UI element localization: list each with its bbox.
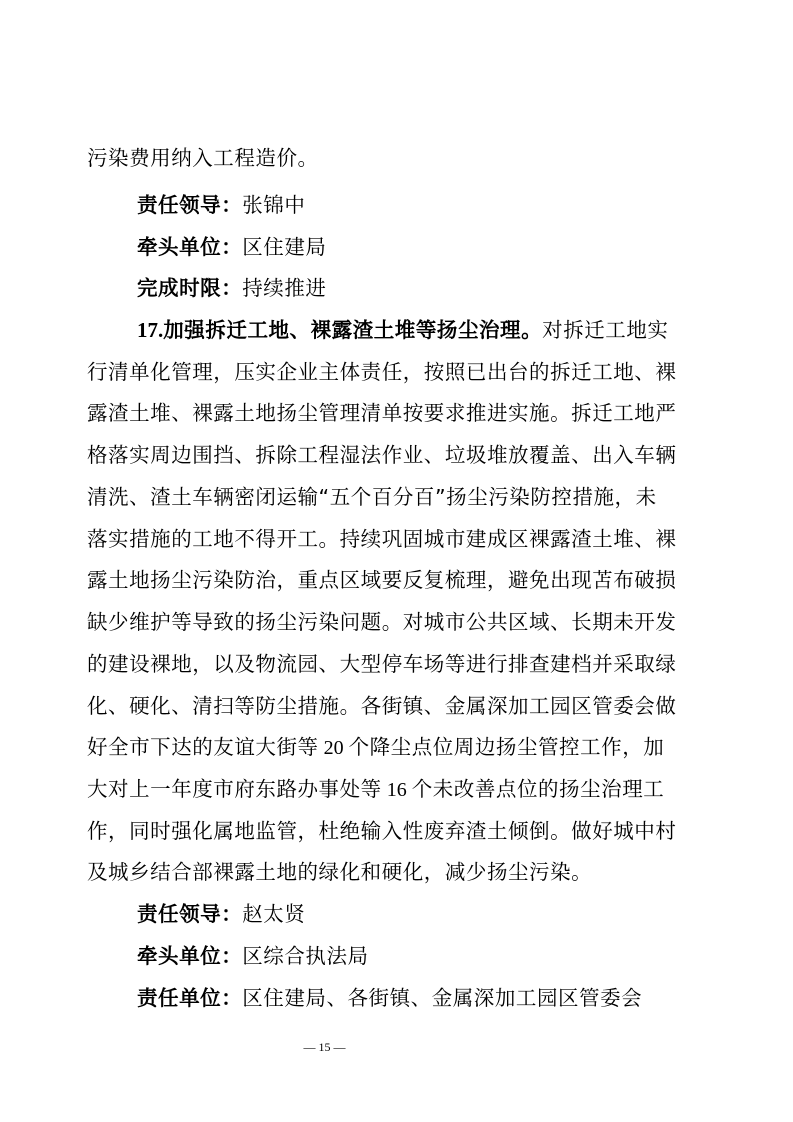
meta-responsible-leader: 责任领导：张锦中: [137, 184, 305, 226]
meta-label: 牵头单位：: [137, 944, 242, 968]
paragraph-line: 落实措施的工地不得开工。持续巩固城市建成区裸露渣土堆、裸: [87, 518, 676, 560]
paragraph-line: 的建设裸地，以及物流园、大型停车场等进行排查建档并采取绿: [87, 643, 676, 685]
meta-responsible-units: 责任单位：区住建局、各街镇、金属深加工园区管委会: [137, 977, 642, 1019]
meta-value: 区综合执法局: [242, 944, 368, 968]
meta-label: 责任领导：: [137, 193, 242, 217]
text-segment: 好全市下达的友谊大街等: [87, 735, 319, 759]
meta-lead-unit: 牵头单位：区住建局: [137, 226, 326, 268]
meta-deadline: 完成时限：持续推进: [137, 267, 326, 309]
paragraph-line: 及城乡结合部裸露土地的绿化和硬化，减少扬尘污染。: [87, 851, 592, 893]
item-number: 17.: [137, 318, 163, 342]
page-number-text: — 15 —: [304, 1040, 346, 1054]
paragraph-line: 大对上一年度市府东路办事处等 16 个未改善点位的扬尘治理工: [87, 768, 664, 810]
paragraph-line: 化、硬化、清扫等防尘措施。各街镇、金属深加工园区管委会做: [87, 685, 676, 727]
meta-responsible-leader: 责任领导：赵太贤: [137, 893, 305, 935]
item-text: 对拆迁工地实: [542, 318, 668, 342]
paragraph-line: 行清单化管理，压实企业主体责任，按照已出台的拆迁工地、裸: [87, 351, 676, 393]
meta-label: 完成时限：: [137, 276, 242, 300]
meta-value: 区住建局、各街镇、金属深加工园区管委会: [242, 986, 642, 1010]
paragraph-line: 清洗、渣土车辆密闭运输“五个百分百”扬尘污染防控措施，未: [87, 476, 657, 518]
meta-value: 赵太贤: [242, 902, 305, 926]
meta-value: 张锦中: [242, 193, 305, 217]
page-number: — 15 —: [0, 1040, 793, 1055]
item-title: 加强拆迁工地、裸露渣土堆等扬尘治理。: [163, 318, 542, 342]
item-17-heading-line: 17.加强拆迁工地、裸露渣土堆等扬尘治理。对拆迁工地实: [137, 309, 668, 351]
paragraph-line: 作，同时强化属地监管，杜绝输入性废弃渣土倾倒。做好城中村: [87, 810, 676, 852]
text-segment: 大对上一年度市府东路办事处等: [87, 777, 382, 801]
paragraph-line: 露渣土堆、裸露土地扬尘管理清单按要求推进实施。拆迁工地严: [87, 392, 676, 434]
text-segment: 个未改善点位的扬尘治理工: [412, 777, 665, 801]
paragraph-line: 露土地扬尘污染防治，重点区域要反复梳理，避免出现苫布破损: [87, 559, 676, 601]
paragraph-line: 格落实周边围挡、拆除工程湿法作业、垃圾堆放覆盖、出入车辆: [87, 434, 676, 476]
paragraph-line: 缺少维护等导致的扬尘污染问题。对城市公共区域、长期未开发: [87, 601, 676, 643]
meta-label: 责任单位：: [137, 986, 242, 1010]
paragraph-line: 污染费用纳入工程造价。: [87, 137, 319, 179]
count-value: 16: [382, 779, 412, 801]
text-segment: 个降尘点位周边扬尘管控工作，加: [349, 735, 665, 759]
meta-label: 责任领导：: [137, 902, 242, 926]
meta-value: 持续推进: [242, 276, 326, 300]
meta-lead-unit: 牵头单位：区综合执法局: [137, 935, 369, 977]
paragraph-line: 好全市下达的友谊大街等 20 个降尘点位周边扬尘管控工作，加: [87, 726, 664, 768]
meta-value: 区住建局: [242, 235, 326, 259]
meta-label: 牵头单位：: [137, 235, 242, 259]
count-value: 20: [319, 737, 349, 759]
